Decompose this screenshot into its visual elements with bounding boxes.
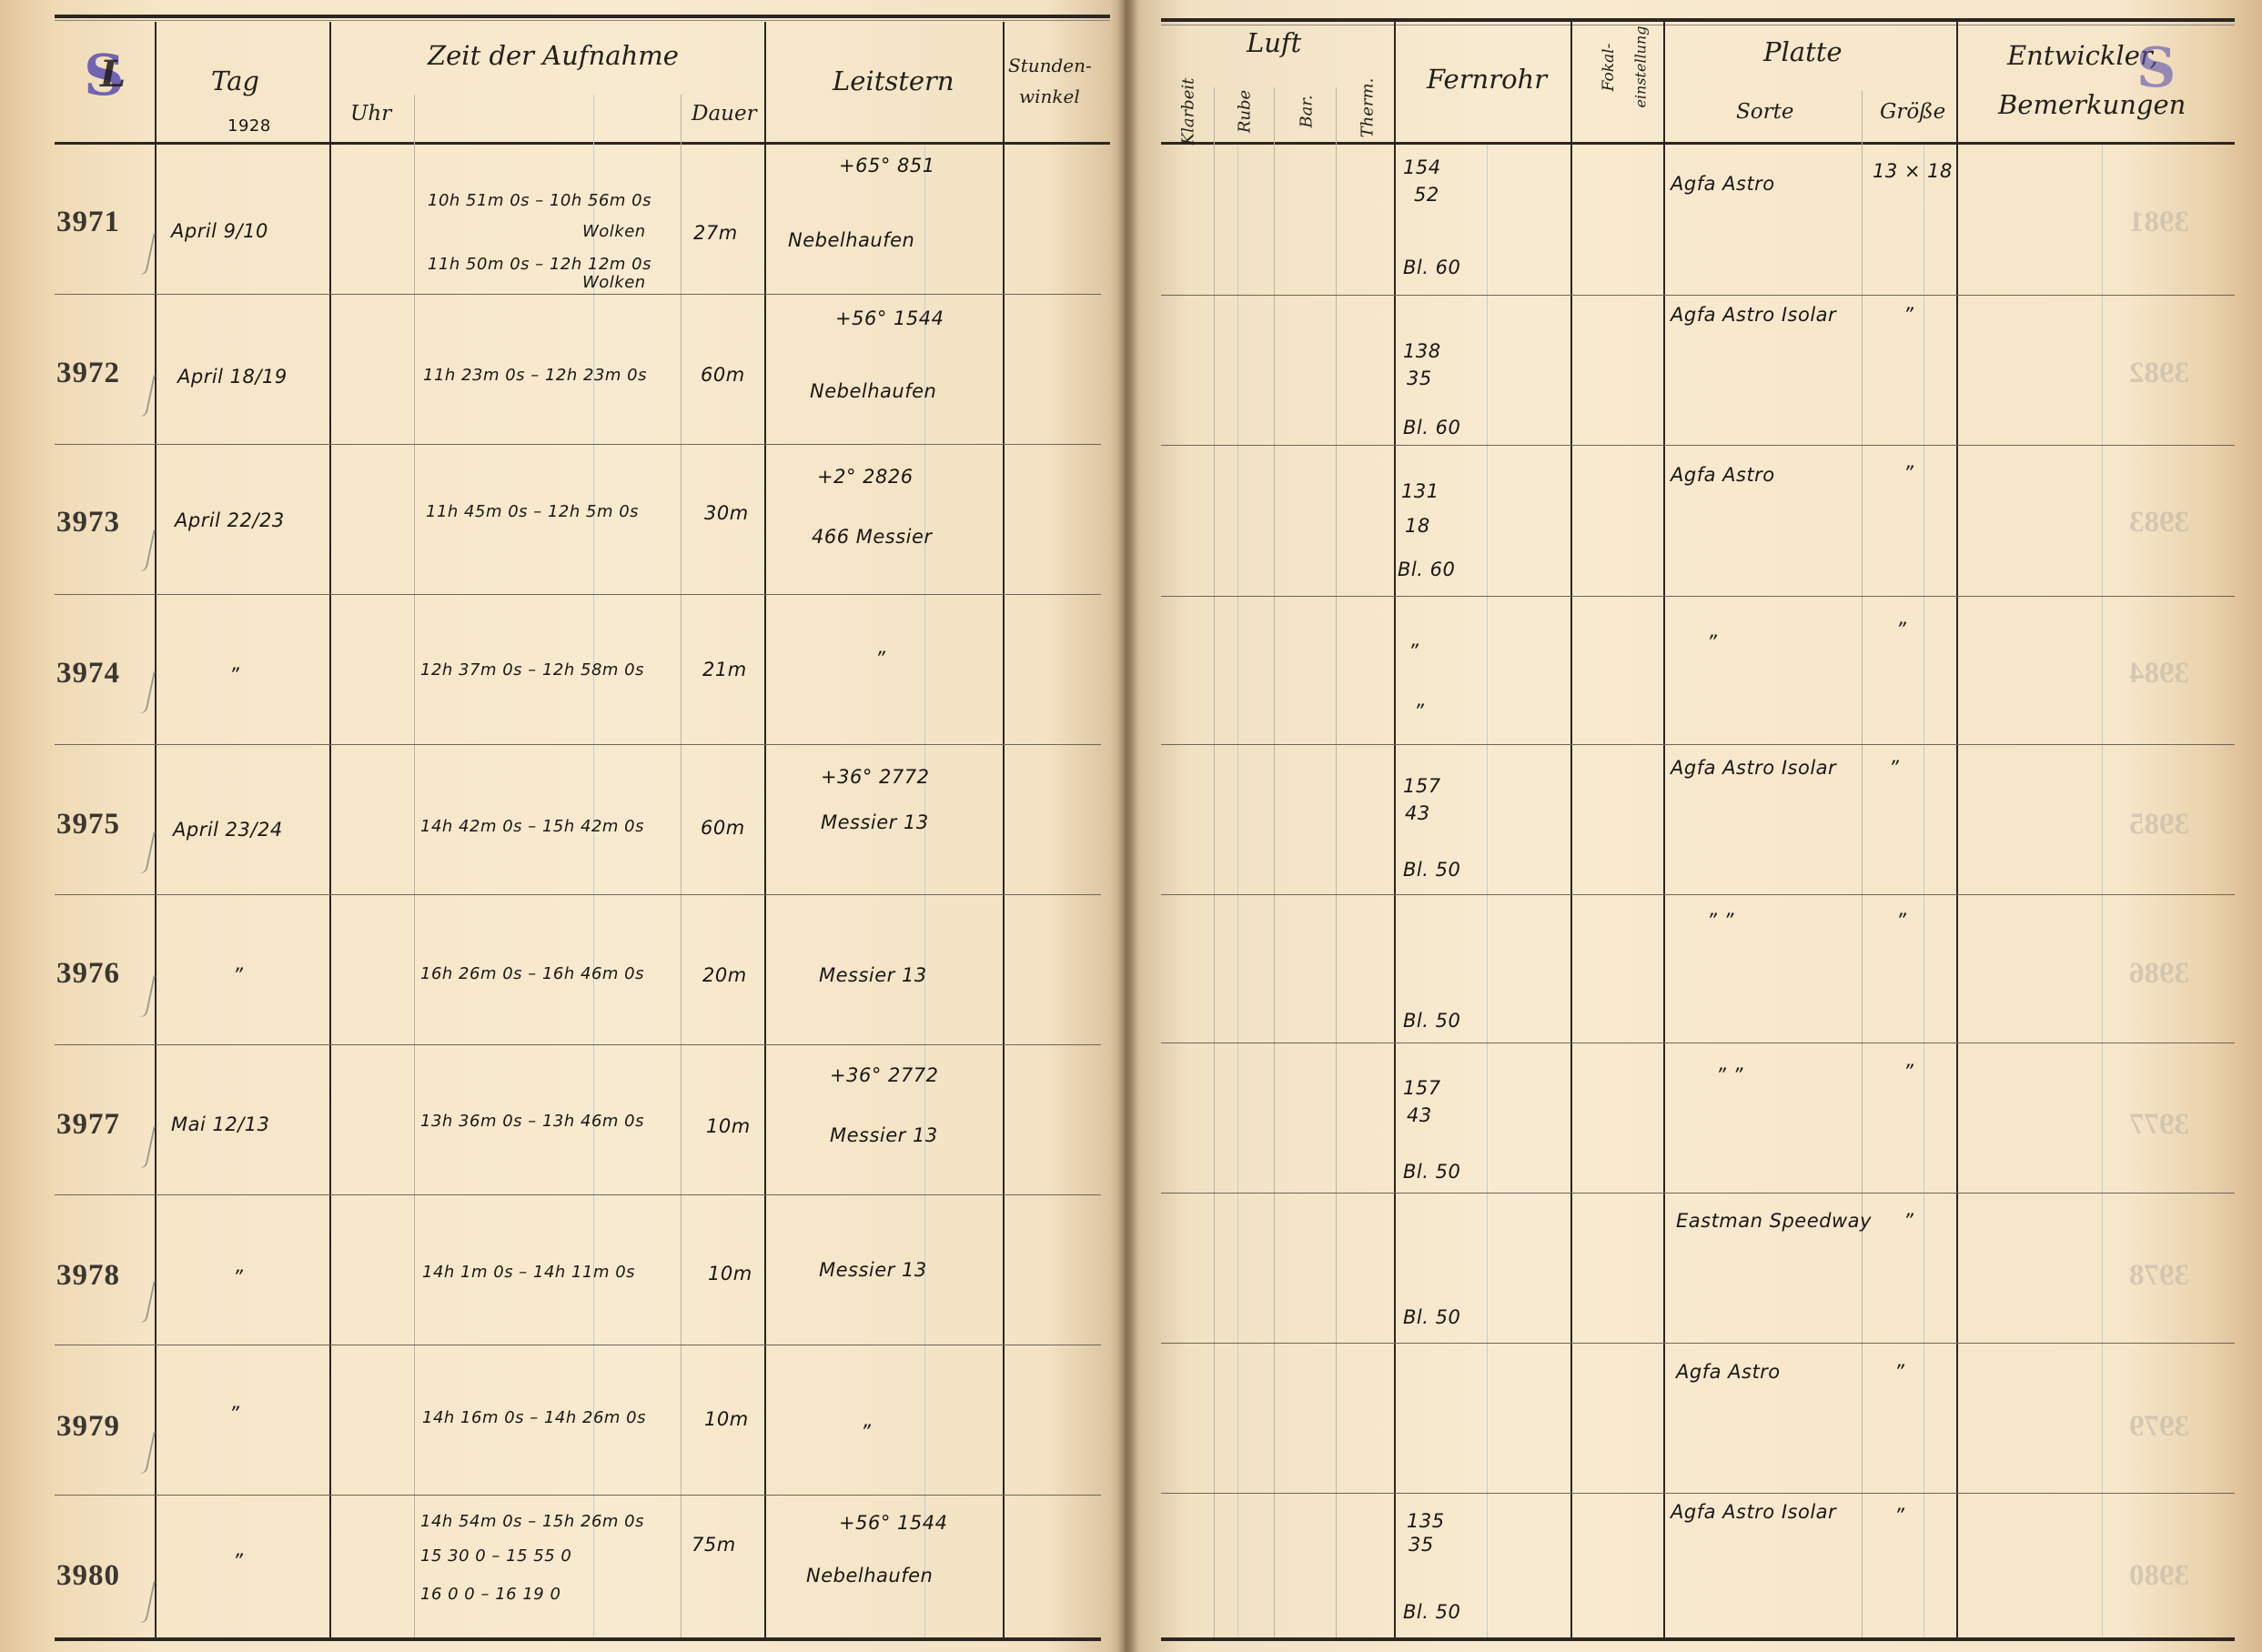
- telescope-value: 43: [1405, 802, 1430, 824]
- col-guide: [593, 95, 594, 1637]
- telescope-plate: Bl. 60: [1403, 417, 1460, 438]
- entry-duration: 20m: [702, 964, 747, 986]
- library-stamp: S: [2136, 36, 2176, 100]
- header-luft: Luft: [1247, 27, 1301, 58]
- bottom-rule: [1161, 1637, 2235, 1641]
- entry-time: 14h 1m 0s – 14h 11m 0s: [422, 1263, 635, 1282]
- plate-size: ”: [1896, 619, 1906, 640]
- row-separator: [55, 1345, 1101, 1345]
- col-guide: [2102, 146, 2103, 1637]
- entry-number: 3980: [47, 1559, 129, 1593]
- entry-guide-star: ”: [861, 1421, 871, 1443]
- bleed-through-number: 3985: [2129, 808, 2189, 841]
- row-separator: [1161, 894, 2235, 895]
- row-separator: [1161, 1343, 2235, 1344]
- entry-number: 3971: [47, 206, 129, 239]
- left-page: S L Tag 1928 Zeit der Aufnahme Uhr Dauer…: [0, 0, 1125, 1652]
- plate-type: Agfa Astro: [1671, 173, 1775, 195]
- entry-guide-star: +56° 1544: [835, 307, 944, 329]
- col-divider-groesse: [1862, 91, 1863, 1637]
- bleed-through-number: 3983: [2129, 506, 2189, 539]
- entry-date: Mai 12/13: [171, 1113, 270, 1135]
- entry-guide-object: Messier 13: [821, 811, 929, 833]
- check-mark: [130, 972, 156, 1019]
- plate-size: ”: [1904, 462, 1914, 484]
- entry-date: ”: [229, 664, 239, 686]
- entry-date: ”: [229, 1403, 239, 1425]
- plate-size: ”: [1889, 757, 1899, 779]
- row-separator: [1161, 744, 2235, 745]
- plate-size: ”: [1904, 1210, 1914, 1232]
- header-fokal-2: einstellung: [1632, 8, 1650, 126]
- plate-type: Agfa Astro: [1676, 1361, 1781, 1383]
- entry-time: 11h 50m 0s – 12h 12m 0s: [428, 255, 651, 274]
- telescope-value: 131: [1401, 480, 1439, 502]
- bottom-rule: [55, 1637, 1101, 1641]
- check-mark: [130, 669, 156, 715]
- col-divider-bar: [1336, 87, 1337, 1637]
- bleed-through-number: 3978: [2129, 1259, 2189, 1293]
- entry-date: April 23/24: [173, 819, 283, 841]
- telescope-value: 35: [1409, 1534, 1434, 1556]
- telescope-plate: Bl. 50: [1403, 859, 1460, 881]
- telescope-value: ”: [1409, 640, 1419, 662]
- book-gutter: [1117, 0, 1137, 1652]
- entry-date: ”: [233, 1266, 243, 1288]
- telescope-plate: Bl. 60: [1398, 559, 1455, 580]
- entry-guide-object: 466 Messier: [812, 526, 933, 548]
- header-therm: Therm.: [1358, 76, 1378, 140]
- entry-number: 3973: [47, 506, 129, 539]
- entry-number: 3975: [47, 808, 129, 841]
- entry-number: 3972: [47, 357, 129, 390]
- entry-time: 13h 36m 0s – 13h 46m 0s: [420, 1112, 644, 1131]
- header-rule: [1161, 142, 2235, 145]
- header-uhr: Uhr: [350, 102, 391, 126]
- row-separator: [55, 594, 1101, 595]
- entry-time: 15 30 0 – 15 55 0: [420, 1546, 571, 1566]
- col-guide: [1237, 146, 1238, 1637]
- entry-number: 3979: [47, 1410, 129, 1444]
- col-guide-leitstern: [924, 146, 925, 1637]
- entry-guide-object: Nebelhaufen: [810, 380, 936, 402]
- row-separator: [1161, 1043, 2235, 1043]
- entry-number: 3977: [47, 1108, 129, 1142]
- col-divider-stundenwinkel: [1003, 22, 1005, 1637]
- entry-duration: 10m: [706, 1115, 751, 1137]
- header-bar: Bar.: [1298, 85, 1317, 139]
- header-zeit-der-aufnahme: Zeit der Aufnahme: [428, 40, 679, 71]
- plate-type: Eastman Speedway: [1676, 1210, 1872, 1232]
- telescope-value: 157: [1403, 775, 1441, 797]
- row-separator: [55, 294, 1101, 295]
- plate-type: Agfa Astro Isolar: [1671, 757, 1836, 779]
- col-divider-platte: [1663, 22, 1665, 1637]
- entry-guide-object: Messier 13: [819, 964, 927, 986]
- entry-duration: 21m: [702, 659, 747, 680]
- entry-duration: 30m: [704, 502, 749, 524]
- telescope-plate: Bl. 50: [1403, 1161, 1460, 1183]
- col-divider-uhr: [414, 95, 415, 1637]
- header-groesse: Größe: [1880, 100, 1945, 124]
- telescope-value: 157: [1403, 1077, 1441, 1099]
- row-separator: [55, 444, 1101, 445]
- entry-guide-object: Messier 13: [830, 1124, 938, 1146]
- entry-time: 10h 51m 0s – 10h 56m 0s: [428, 191, 651, 210]
- header-sorte: Sorte: [1736, 100, 1793, 124]
- check-mark: [130, 829, 156, 875]
- entry-guide-star: +65° 851: [839, 155, 935, 176]
- col-divider-tag: [155, 22, 157, 1637]
- entry-number: 3976: [47, 957, 129, 991]
- plate-size: ”: [1894, 1361, 1904, 1383]
- entry-time-note: Wolken: [582, 273, 646, 292]
- plate-type: Agfa Astro Isolar: [1671, 1501, 1836, 1523]
- entry-duration: 60m: [701, 364, 745, 386]
- row-separator: [55, 1194, 1101, 1195]
- entry-guide-object: Nebelhaufen: [806, 1565, 933, 1587]
- entry-duration: 75m: [692, 1534, 736, 1556]
- check-mark: [130, 1278, 156, 1325]
- right-page: Luft Klarbeit Rube Bar. Therm. Fernrohr …: [1125, 0, 2262, 1652]
- row-separator: [1161, 295, 2235, 296]
- header-platte: Platte: [1763, 36, 1843, 67]
- plate-size: ”: [1904, 1061, 1914, 1083]
- col-divider-rube: [1274, 87, 1275, 1637]
- telescope-plate: Bl. 50: [1403, 1010, 1460, 1032]
- entry-duration: 27m: [693, 222, 738, 244]
- entry-guide-star: +36° 2772: [821, 766, 929, 788]
- entry-date: April 18/19: [177, 366, 288, 388]
- row-separator: [1161, 596, 2235, 597]
- check-mark: [130, 1123, 156, 1170]
- entry-guide-star: +2° 2826: [817, 466, 914, 488]
- entry-time: 14h 42m 0s – 15h 42m 0s: [420, 817, 644, 836]
- plate-size: ”: [1904, 304, 1914, 326]
- entry-date: April 22/23: [175, 509, 285, 531]
- telescope-value: 18: [1405, 515, 1430, 537]
- check-mark: [130, 1578, 156, 1625]
- col-guide: [1487, 146, 1488, 1637]
- col-divider-leitstern: [764, 22, 766, 1637]
- entry-number: 3974: [47, 657, 129, 690]
- top-rule: [55, 15, 1110, 18]
- row-separator: [55, 894, 1101, 895]
- bleed-through-number: 3981: [2129, 206, 2189, 239]
- entry-duration: 10m: [704, 1408, 749, 1430]
- entry-number: 3978: [47, 1259, 129, 1293]
- header-tag-year: 1928: [227, 116, 271, 136]
- entry-time: 12h 37m 0s – 12h 58m 0s: [420, 660, 644, 680]
- check-mark: [130, 527, 156, 573]
- header-fokal-1: Fokal-: [1600, 31, 1618, 104]
- entry-duration: 10m: [708, 1263, 752, 1284]
- plate-size: 13 × 18: [1873, 160, 1953, 182]
- telescope-plate: Bl. 50: [1403, 1306, 1460, 1328]
- check-mark: [130, 1429, 156, 1476]
- top-rule: [1161, 18, 2235, 22]
- entry-date: April 9/10: [171, 220, 268, 242]
- header-tag: Tag: [211, 65, 259, 96]
- entry-time: 14h 54m 0s – 15h 26m 0s: [420, 1512, 644, 1531]
- top-rule-thin: [1161, 25, 2235, 25]
- telescope-value: 43: [1407, 1104, 1432, 1126]
- header-fernrohr: Fernrohr: [1427, 64, 1547, 95]
- col-divider-fokal: [1570, 22, 1572, 1637]
- col-guide: [1924, 146, 1924, 1637]
- row-separator: [1161, 1493, 2235, 1494]
- entry-guide-star: +56° 1544: [839, 1512, 947, 1534]
- header-stundenwinkel-1: Stunden-: [1008, 55, 1092, 76]
- row-separator: [55, 1495, 1101, 1496]
- check-mark: [130, 230, 156, 277]
- telescope-plate: Bl. 50: [1403, 1601, 1460, 1623]
- header-rube: Rube: [1236, 85, 1255, 139]
- bleed-through-number: 3979: [2129, 1410, 2189, 1444]
- plate-type: Agfa Astro: [1671, 464, 1775, 486]
- telescope-plate: Bl. 60: [1403, 257, 1460, 278]
- plate-size: ”: [1894, 1505, 1904, 1526]
- header-dauer: Dauer: [692, 102, 757, 126]
- row-separator: [55, 744, 1101, 745]
- entry-time: 16 0 0 – 16 19 0: [420, 1585, 560, 1604]
- entry-time-note: Wolken: [582, 222, 646, 241]
- telescope-value: 138: [1403, 340, 1441, 362]
- entry-time: 14h 16m 0s – 14h 26m 0s: [422, 1408, 646, 1427]
- entry-time: 16h 26m 0s – 16h 46m 0s: [420, 964, 644, 983]
- row-separator: [1161, 1193, 2235, 1194]
- bleed-through-number: 3984: [2129, 657, 2189, 690]
- bleed-through-number: 3980: [2129, 1559, 2189, 1593]
- entry-guide-object: Messier 13: [819, 1259, 927, 1281]
- col-divider-fernrohr: [1394, 22, 1396, 1637]
- header-klarbeit: Klarbeit: [1179, 76, 1198, 148]
- telescope-value: 52: [1414, 184, 1439, 206]
- header-entwickler: Entwickler,: [2007, 40, 2158, 71]
- entry-time: 11h 23m 0s – 12h 23m 0s: [423, 366, 647, 385]
- header-leitstern: Leitstern: [833, 65, 954, 96]
- plate-type: ” ”: [1716, 1064, 1743, 1086]
- entry-duration: 60m: [701, 817, 745, 839]
- telescope-value: 135: [1407, 1510, 1445, 1532]
- col-divider-klarbeit: [1214, 87, 1215, 1637]
- telescope-value: 154: [1403, 156, 1441, 178]
- row-separator: [55, 1044, 1101, 1045]
- bleed-through-number: 3977: [2129, 1108, 2189, 1142]
- plate-type: Agfa Astro Isolar: [1671, 304, 1836, 326]
- bleed-through-number: 3982: [2129, 357, 2189, 390]
- check-mark: [130, 372, 156, 418]
- plate-size: ”: [1896, 910, 1906, 932]
- entry-date: ”: [233, 964, 243, 986]
- row-separator: [1161, 445, 2235, 446]
- entry-date: ”: [233, 1550, 243, 1572]
- entry-guide-star: +36° 2772: [830, 1064, 938, 1086]
- col-divider-zeit: [329, 22, 331, 1637]
- col-divider-dauer: [681, 95, 682, 1637]
- telescope-value: 35: [1407, 368, 1432, 389]
- entry-guide-object: Nebelhaufen: [788, 229, 914, 251]
- bleed-through-number: 3986: [2129, 957, 2189, 991]
- col-divider-entwickler: [1956, 22, 1958, 1637]
- header-rule: [55, 142, 1110, 145]
- entry-time: 11h 45m 0s – 12h 5m 0s: [426, 502, 639, 521]
- telescope-value: ”: [1414, 700, 1424, 722]
- entry-guide-star: ”: [875, 648, 885, 670]
- top-rule-thin: [55, 20, 1110, 21]
- plate-type: ”: [1707, 631, 1717, 653]
- plate-type: ” ”: [1707, 910, 1734, 932]
- header-stundenwinkel-2: winkel: [1019, 86, 1080, 107]
- library-stamp-overlay: L: [100, 53, 126, 96]
